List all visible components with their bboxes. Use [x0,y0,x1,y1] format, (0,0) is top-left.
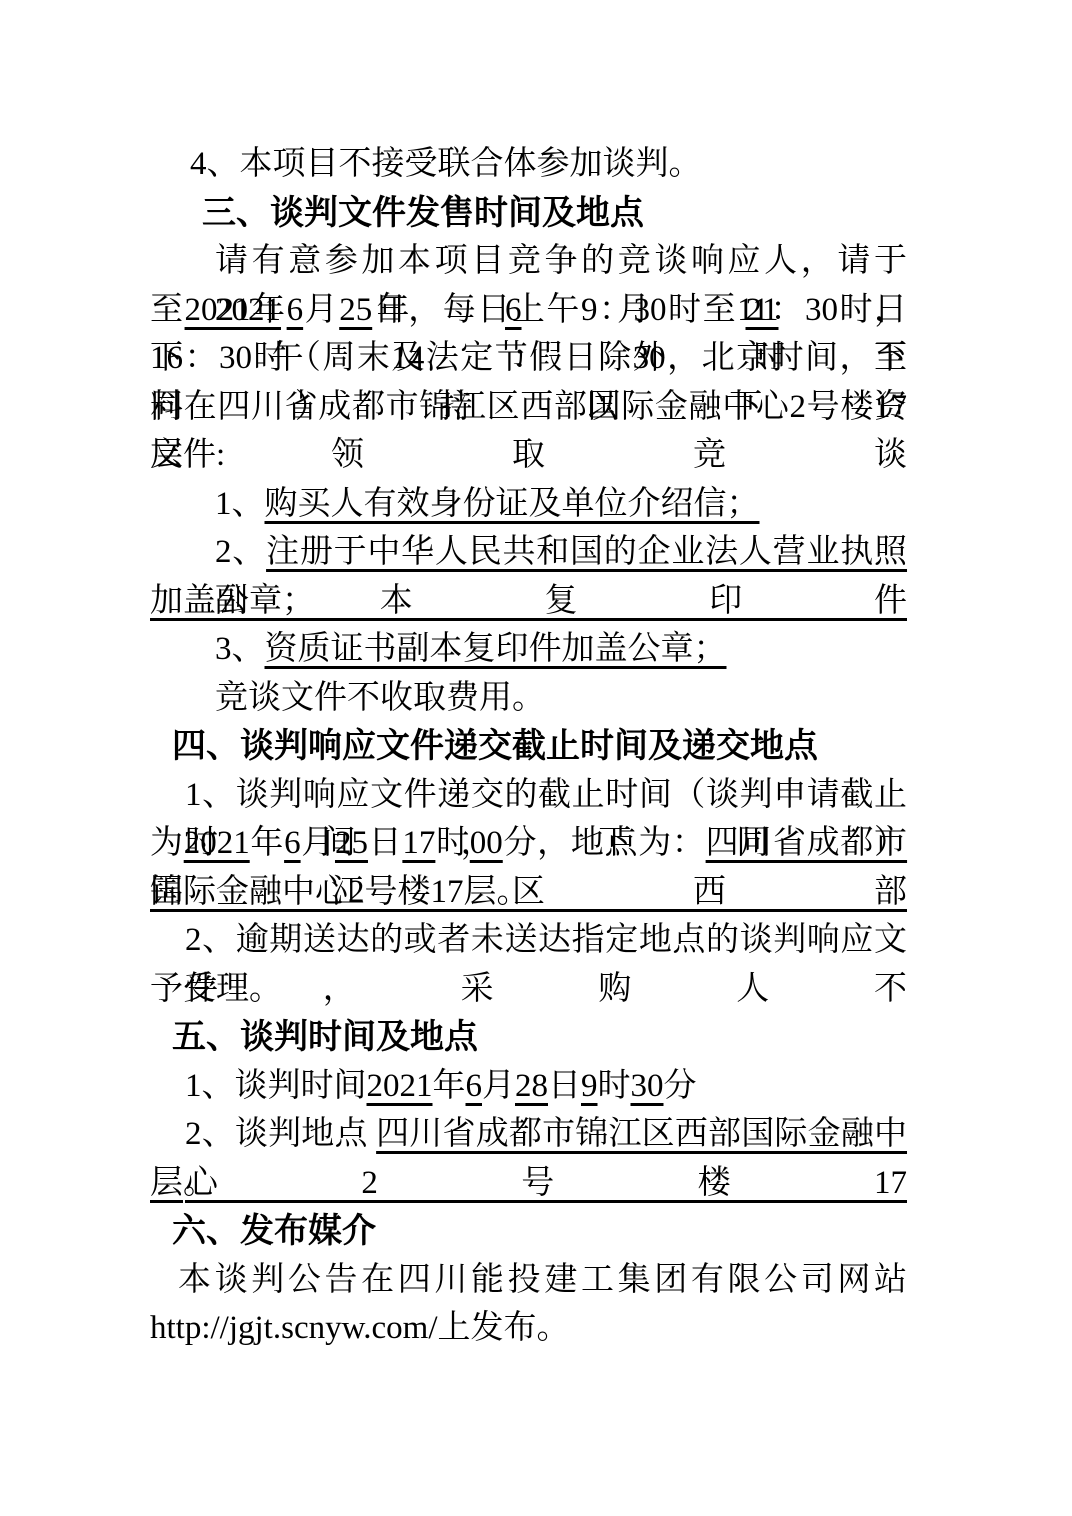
heading-section-6: 六、发布媒介 [150,1207,907,1256]
underlined-text: 资质证书副本复印件加盖公章； [265,631,727,667]
heading-section-3: 三、谈判文件发售时间及地点 [150,189,907,238]
item-3-certificate: 3、资质证书副本复印件加盖公章； [150,625,907,674]
text-segment: 年 [433,1068,466,1104]
text-segment: 竞谈文件不收取费用。 [215,680,545,716]
text-segment: 文件: [150,437,225,473]
para-sale-time-line-1: 请有意参加本项目竞争的竞谈响应人，请于2021年6月21日 [150,237,907,286]
text-segment: 月 [482,1068,515,1104]
item-1-id-letter: 1、购买人有效身份证及单位介绍信； [150,480,907,529]
item-2-license-line-1: 2、注册于中华人民共和国的企业法人营业执照副本复印件 [150,528,907,577]
para-publish-media-line-1: 本谈判公告在四川能投建工集团有限公司网站 [150,1256,907,1305]
underlined-text: 加盖公章； [150,583,315,619]
text-segment: 月 [301,825,335,861]
text-segment: 4、本项目不接受联合体参加谈判。 [190,146,702,182]
text-segment: 三、谈判文件发售时间及地点 [202,194,644,232]
text-segment: 。 [497,874,530,910]
text-segment: 2、逾期送达的或者未送达指定地点的谈判响应文件，采购人不 [185,922,907,1007]
underlined-text: 2021 [367,1068,433,1104]
underlined-text: 00 [470,825,503,861]
text-segment: 2、谈判地点 [185,1116,376,1152]
text-segment: 年 [251,292,287,328]
para-sale-time-line-3: 16：30时（周末及法定节假日除外，北京时间，下同）持以下资 [150,334,907,383]
underlined-text: 30 [631,1068,664,1104]
item-4-no-consortium: 4、本项目不接受联合体参加谈判。 [150,140,907,189]
text-segment: 予受理。 [150,971,282,1007]
heading-section-5: 五、谈判时间及地点 [150,1013,907,1062]
text-segment: 五、谈判时间及地点 [172,1018,478,1056]
underlined-text: 28 [515,1068,548,1104]
item-1-deadline-line-1: 1、谈判响应文件递交的截止时间（谈判申请截止时间，下同） [150,771,907,820]
para-sale-time-line-2: 至2021年6月25日，每日上午9：30时至11：30时，下午14：30时至 [150,286,907,335]
para-sale-time-line-4: 料在四川省成都市锦江区西部国际金融中心2号楼17层领取竞谈 [150,383,907,432]
document-content: 4、本项目不接受联合体参加谈判。 三、谈判文件发售时间及地点 请有意参加本项目竞… [150,0,907,1353]
text-segment: 2、 [215,534,266,570]
heading-section-4: 四、谈判响应文件递交截止时间及递交地点 [150,722,907,771]
underlined-text: 购买人有效身份证及单位介绍信； [265,486,760,522]
underlined-text: 17 [402,825,435,861]
text-segment: 料在四川省成都市锦江区西部国际金融中心2号楼17层领取竞谈 [150,389,907,474]
text-segment: 时 [435,825,469,861]
item-1-deadline-line-2: 为2021年6月25日17时00分，地点为：四川省成都市锦江区西部 [150,819,907,868]
text-segment: 六、发布媒介 [172,1212,376,1250]
text-segment: 至 [150,292,185,328]
underlined-text: 6 [466,1068,483,1104]
underlined-text: 层 [150,1165,183,1201]
document-page: 4、本项目不接受联合体参加谈判。 三、谈判文件发售时间及地点 请有意参加本项目竞… [0,0,1072,1516]
para-no-fee: 竞谈文件不收取费用。 [150,674,907,723]
text-segment: 为 [150,825,184,861]
para-publish-media-line-2: http://jgjt.scnyw.com/上发布。 [150,1304,907,1353]
underlined-text: 注册于中华人民共和国的企业法人营业执照副本复印件 [215,534,907,619]
underlined-text: 25 [339,292,372,328]
text-segment: 。 [183,1165,216,1201]
text-segment: 3、 [215,631,265,667]
underlined-text: 9 [581,1068,598,1104]
text-segment: 时 [598,1068,631,1104]
text-segment: http://jgjt.scnyw.com/上发布。 [150,1310,570,1346]
text-segment: 日 [548,1068,581,1104]
text-segment: 本谈判公告在四川能投建工集团有限公司网站 [178,1262,907,1298]
item-2-late-delivery-line-1: 2、逾期送达的或者未送达指定地点的谈判响应文件，采购人不 [150,916,907,965]
item-1-negotiation-time: 1、谈判时间2021年6月28日9时30分 [150,1062,907,1111]
item-2-negotiation-place-line-1: 2、谈判地点 四川省成都市锦江区西部国际金融中心2号楼17 [150,1110,907,1159]
underlined-text: 25 [335,825,368,861]
text-segment: 四、谈判响应文件递交截止时间及递交地点 [172,727,818,765]
underlined-text: 6 [287,292,304,328]
text-segment: 月 [303,292,339,328]
underlined-text: 6 [284,825,301,861]
text-segment: 请有意参加本项目竞争的竞谈响应人，请于 [215,243,907,279]
text-segment: 年 [250,825,284,861]
underlined-text: 2021 [185,292,251,328]
text-segment: 分，地点为： [503,825,706,861]
text-segment: 分 [664,1068,697,1104]
text-segment: 1、谈判时间 [185,1068,367,1104]
underlined-text: 国际金融中心2号楼17层 [150,874,497,910]
underlined-text: 2021 [184,825,250,861]
text-segment: 1、 [215,486,265,522]
text-segment: 日 [368,825,402,861]
